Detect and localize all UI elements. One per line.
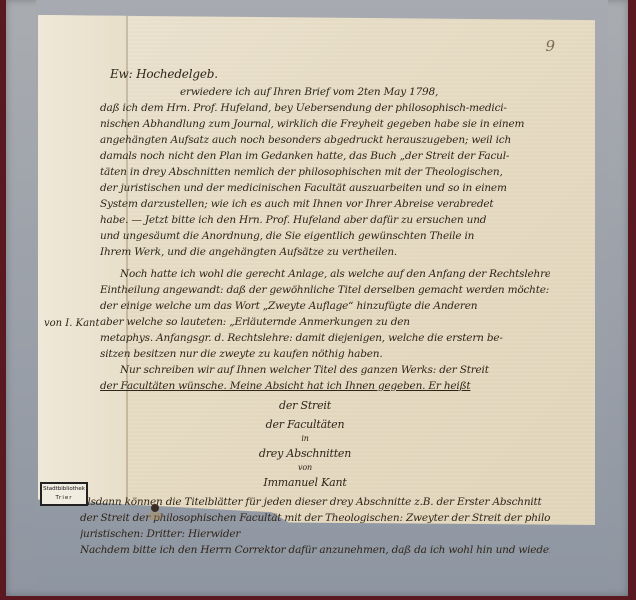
page-number: 9 xyxy=(545,37,555,55)
library-stamp: Stadtbibliothek Trier xyxy=(40,482,88,506)
letter-line: Eintheilung angewandt: daß der gewöhnlic… xyxy=(100,282,550,298)
title-line: drey Abschnitten xyxy=(60,444,550,463)
paper-stain xyxy=(148,512,162,520)
letter-line: damals noch nicht den Plan im Gedanken h… xyxy=(100,148,550,164)
letter-line: habe. — Jetzt bitte ich den Hrn. Prof. H… xyxy=(100,212,550,228)
letter-line: erwiedere ich auf Ihren Brief vom 2ten M… xyxy=(100,84,550,100)
letter-line: der Facultäten wünsche. Meine Absicht ha… xyxy=(100,378,550,394)
title-line: der Streit xyxy=(60,396,550,415)
letter-line: der einige welche um das Wort „Zweyte Au… xyxy=(100,298,550,314)
title-line: von xyxy=(60,463,550,473)
letter-line: juristischen: Dritter: Hierwider xyxy=(80,526,550,542)
margin-note: von I. Kant xyxy=(44,318,100,329)
letter-line: System darzustellen; wie ich es auch mit… xyxy=(100,196,550,212)
letter-line: der juristischen und der medicinischen F… xyxy=(100,180,550,196)
letter-line: Nur schreiben wir auf Ihnen welcher Tite… xyxy=(100,362,550,378)
stamp-city: Trier xyxy=(42,494,86,503)
letter-line: daß ich dem Hrn. Prof. Hufeland, bey Ueb… xyxy=(100,100,550,116)
letter-line: Ihrem Werk, und die angehängten Aufsätze… xyxy=(100,244,550,260)
paper-hole xyxy=(151,504,159,512)
letter-line: täten in drey Abschnitten nemlich der ph… xyxy=(100,164,550,180)
letter-line: Noch hatte ich wohl die gerecht Anlage, … xyxy=(100,266,550,282)
letter-line: metaphys. Anfangsgr. d. Rechtslehre: dam… xyxy=(100,330,550,346)
stamp-library-name: Stadtbibliothek xyxy=(42,485,86,494)
title-line: der Facultäten xyxy=(60,415,550,434)
letter-line: Nachdem bitte ich den Herrn Correktor da… xyxy=(80,542,550,558)
letter-line: sitzen besitzen nur die zweyte zu kaufen… xyxy=(100,346,550,362)
letter-line: angehängten Aufsatz auch noch besonders … xyxy=(100,132,550,148)
letter-line: und ungesäumt die Anordnung, die Sie eig… xyxy=(100,228,550,244)
salutation: Ew: Hochedelgeb. xyxy=(110,66,550,82)
letter-line: nischen Abhandlung zum Journal, wirklich… xyxy=(100,116,550,132)
title-line: Immanuel Kant xyxy=(60,473,550,492)
book-title-block: der Streit der Facultäten in drey Abschn… xyxy=(60,396,550,492)
letter-line: aber welche so lauteten: „Erläuternde An… xyxy=(100,314,550,330)
letter-text: Ew: Hochedelgeb. erwiedere ich auf Ihren… xyxy=(100,66,550,558)
title-line: in xyxy=(60,434,550,444)
